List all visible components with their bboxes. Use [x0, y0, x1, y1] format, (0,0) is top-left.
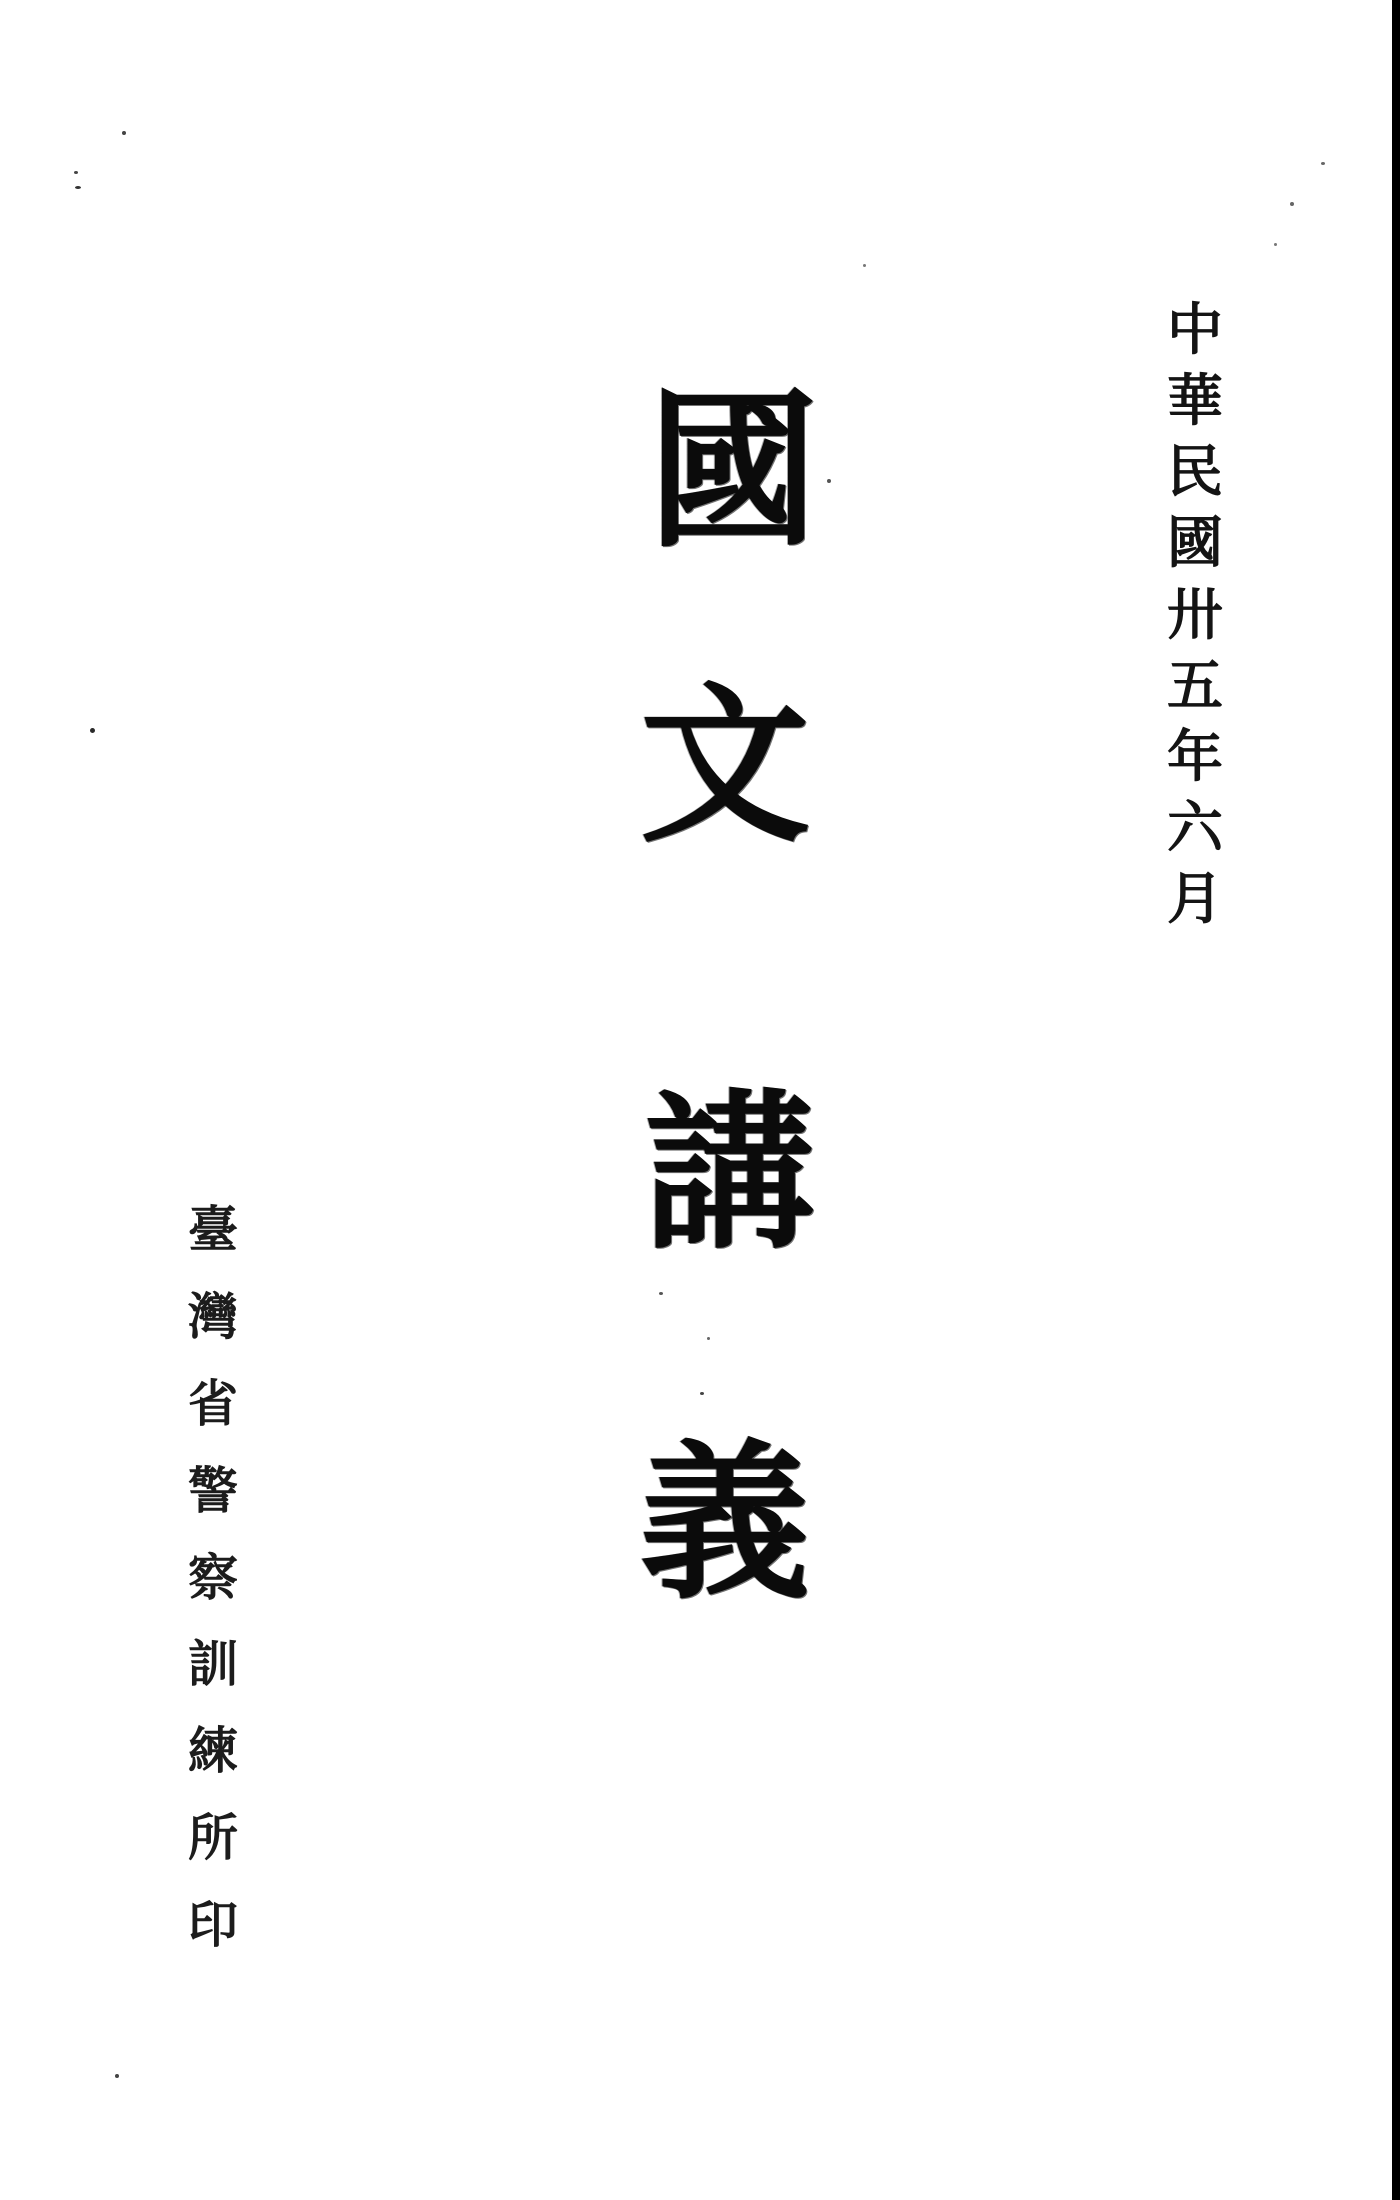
scan-speckle: [122, 131, 126, 135]
publication-date-column: 中 華 民 國 卅 五 年 六 月: [1164, 303, 1226, 928]
scan-speckle: [700, 1392, 704, 1395]
date-char: 國: [1167, 516, 1223, 572]
scan-edge-strip: [1392, 0, 1400, 2200]
publisher-char: 灣: [188, 1292, 238, 1342]
publisher-char: 練: [188, 1726, 238, 1776]
scan-speckle: [115, 2074, 119, 2078]
publisher-char: 訓: [188, 1639, 238, 1689]
date-char: 卅: [1167, 588, 1223, 644]
scan-speckle: [75, 186, 81, 189]
publisher-imprint-column: 臺 灣 省 警 察 訓 練 所 印: [184, 1205, 242, 1950]
title-char-4: 義: [640, 1440, 810, 1610]
scan-speckle: [1290, 202, 1294, 206]
publisher-char: 省: [188, 1379, 238, 1429]
scan-speckle: [827, 479, 831, 483]
publisher-char: 察: [188, 1553, 238, 1603]
publisher-char: 警: [188, 1466, 238, 1516]
scan-speckle: [74, 171, 78, 174]
date-char: 華: [1167, 374, 1223, 430]
scan-speckle: [707, 1337, 710, 1340]
date-char: 中: [1167, 303, 1223, 359]
title-char-1: 國: [648, 388, 818, 558]
scan-speckle: [863, 264, 866, 267]
scan-speckle: [1321, 162, 1325, 165]
date-char: 五: [1167, 659, 1223, 715]
scan-speckle: [90, 728, 95, 733]
title-char-3: 講: [645, 1090, 815, 1260]
publisher-char: 所: [188, 1813, 238, 1863]
scan-speckle: [659, 1292, 663, 1295]
date-char: 六: [1167, 801, 1223, 857]
date-char: 民: [1167, 445, 1223, 501]
publisher-char: 印: [188, 1900, 238, 1950]
date-char: 年: [1167, 730, 1223, 786]
scanned-title-page: 國 文 講 義 中 華 民 國 卅 五 年 六 月 臺 灣 省 警 察 訓 練 …: [0, 0, 1400, 2200]
date-char: 月: [1167, 872, 1223, 928]
title-char-2: 文: [640, 683, 810, 853]
scan-speckle: [1274, 243, 1277, 246]
publisher-char: 臺: [188, 1205, 238, 1255]
